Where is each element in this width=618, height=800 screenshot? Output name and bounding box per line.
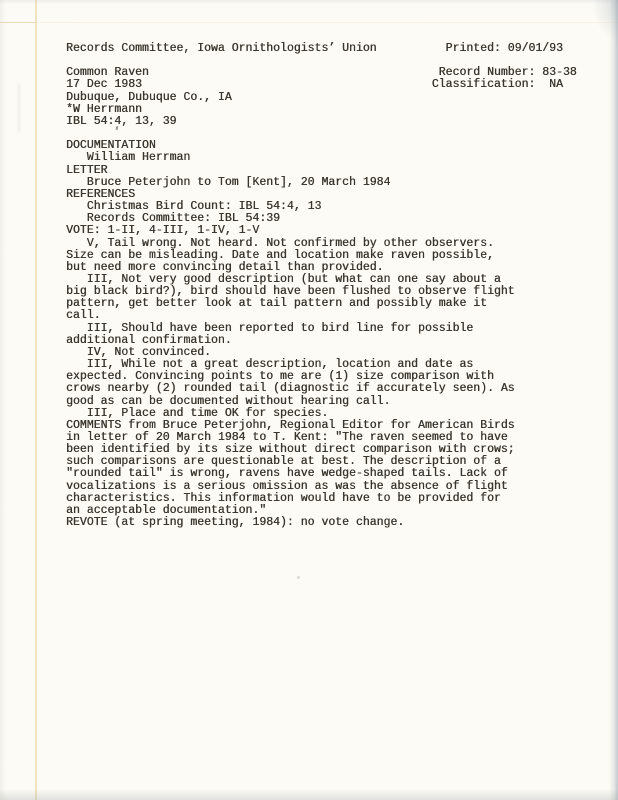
typewritten-document-text: Records Committee, Iowa Ornithologists’ … (66, 43, 577, 529)
scan-smudge (18, 84, 20, 132)
scan-speck (297, 576, 300, 579)
page-edge-shadow-top (0, 0, 618, 4)
scanned-page: Records Committee, Iowa Ornithologists’ … (0, 0, 618, 800)
page-edge-shadow-bottom (0, 789, 618, 800)
paper-crease-vertical (35, 0, 37, 800)
page-edge-shadow-left (0, 0, 6, 800)
page-edge-shadow-right (609, 0, 618, 800)
paper-crease-horizontal (0, 22, 618, 23)
page-corner-shadow-top-right (592, 0, 618, 42)
